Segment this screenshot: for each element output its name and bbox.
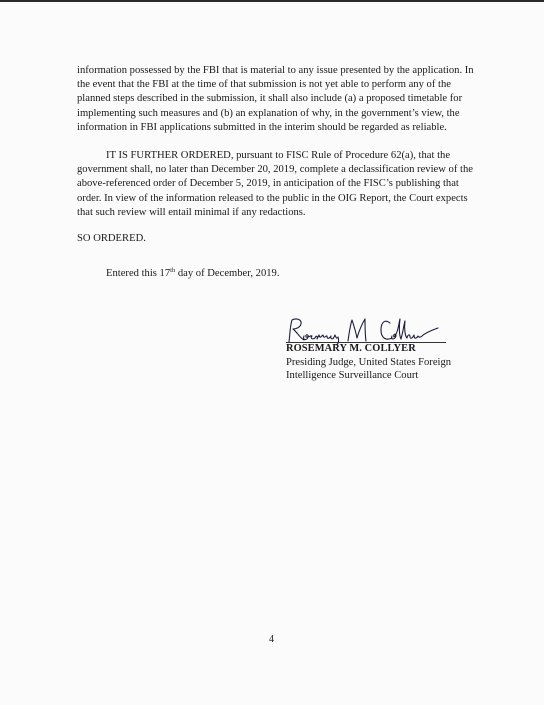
entered-suffix: day of December, 2019. [175,268,279,279]
page-top-edge [0,0,544,2]
page-number: 4 [269,634,274,645]
entered-prefix: Entered this 17 [106,268,170,279]
signer-title-line-2: Intelligence Surveillance Court [286,369,466,383]
signature-block: ROSEMARY M. COLLYER Presiding Judge, Uni… [286,316,466,383]
handwritten-signature [286,316,466,343]
paragraph-fbi-information: information possessed by the FBI that is… [77,64,475,135]
signature-line [286,342,446,343]
document-page: information possessed by the FBI that is… [0,0,544,705]
paragraph-further-ordered: IT IS FURTHER ORDERED, pursuant to FISC … [77,149,475,220]
signer-title-line-1: Presiding Judge, United States Foreign [286,356,466,370]
so-ordered-text: SO ORDERED. [77,233,146,244]
entered-date: Entered this 17th day of December, 2019. [106,268,280,279]
